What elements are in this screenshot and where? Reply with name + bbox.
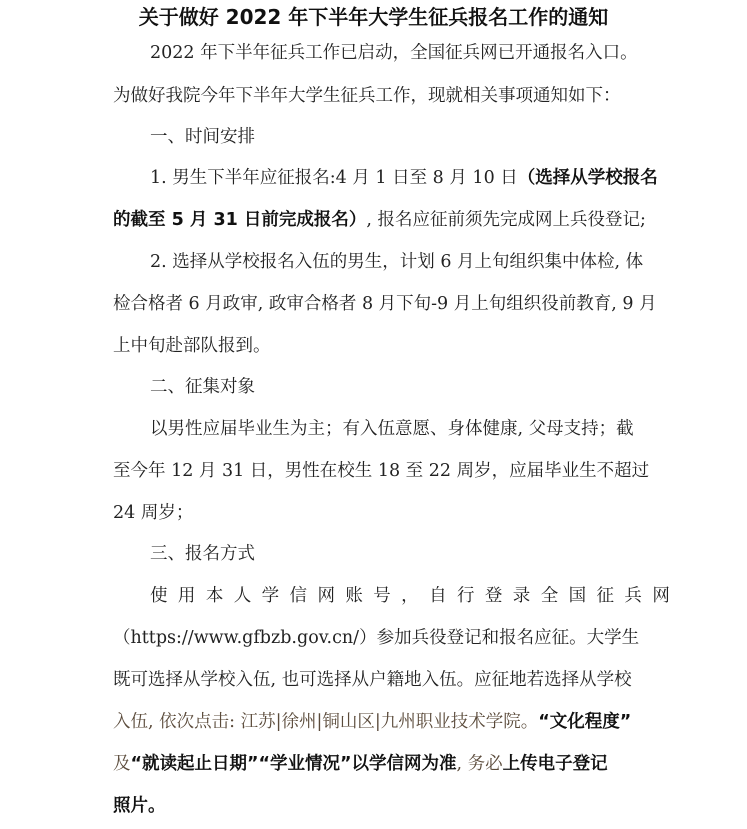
targets-line-2: 至今年 12 月 31 日，男性在校生 18 至 22 周岁，应届毕业生不超过 (113, 459, 673, 483)
method-upload-bold: 上传电子登记 (503, 754, 608, 774)
intro-line-1: 2022 年下半年征兵工作已启动，全国征兵网已开通报名入口。 (150, 41, 670, 65)
char: 信 (290, 584, 308, 608)
schedule-item-1-note: , 报名应征前须先完成网上兵役登记; (366, 210, 646, 230)
char: 号 (373, 584, 391, 608)
schedule-item-1-line-2: 的截至 5 月 31 日前完成报名）, 报名应征前须先完成网上兵役登记; (113, 208, 673, 232)
char: 国 (569, 584, 587, 608)
targets-line-1: 以男性应届毕业生为主；有入伍意愿、身体健康, 父母支持；截 (150, 417, 670, 441)
char: 自 (429, 584, 447, 608)
char: 网 (317, 584, 335, 608)
char: ， (401, 584, 419, 608)
method-must-text: , 务必 (457, 754, 503, 774)
document-title: 关于做好 2022 年下半年大学生征兵报名工作的通知 (0, 2, 747, 32)
char: 录 (513, 584, 531, 608)
char: 兵 (624, 584, 642, 608)
method-line-5: 及“就读起止日期”“学业情况”以学信网为准, 务必上传电子登记 (113, 752, 673, 776)
schedule-item-1-bold: （选择从学校报名 (518, 168, 658, 188)
char: 征 (597, 584, 615, 608)
char: 账 (345, 584, 363, 608)
char: 本 (206, 584, 224, 608)
schedule-item-2-line-2: 检合格者 6 月政审, 政审合格者 8 月下旬-9 月上旬组织役前教育, 9 月 (113, 292, 673, 316)
schedule-item-1-deadline: 的截至 5 月 31 日前完成报名） (113, 210, 366, 230)
char: 行 (457, 584, 475, 608)
schedule-item-1-text: 1. 男生下半年应征报名:4 月 1 日至 8 月 10 日 (150, 168, 518, 188)
char: 人 (234, 584, 252, 608)
schedule-item-1-line-1: 1. 男生下半年应征报名:4 月 1 日至 8 月 10 日（选择从学校报名 (150, 166, 670, 190)
intro-line-2: 为做好我院今年下半年大学生征兵工作，现就相关事项通知如下： (113, 84, 673, 108)
section-heading-method: 三、报名方式 (150, 542, 670, 566)
method-dates-bold: “就读起止日期”“学业情况”以学信网为准 (131, 754, 457, 774)
method-education-bold: “文化程度” (538, 712, 631, 732)
method-photo-bold: 照片。 (113, 796, 166, 816)
char: 学 (262, 584, 280, 608)
method-line-4: 入伍, 依次点击: 江苏|徐州|铜山区|九州职业技术学院。“文化程度” (113, 710, 673, 734)
char: 使 (150, 584, 168, 608)
char: 全 (541, 584, 559, 608)
method-path-text: 入伍, 依次点击: 江苏|徐州|铜山区|九州职业技术学院。 (113, 712, 538, 732)
document-page: 关于做好 2022 年下半年大学生征兵报名工作的通知 2022 年下半年征兵工作… (0, 0, 747, 829)
section-heading-schedule: 一、时间安排 (150, 125, 670, 149)
char: 网 (652, 584, 670, 608)
schedule-item-2-line-1: 2. 选择从学校报名入伍的男生，计划 6 月上旬组织集中体检, 体 (150, 250, 670, 274)
char: 用 (178, 584, 196, 608)
char: 登 (485, 584, 503, 608)
schedule-item-2-line-3: 上中旬赴部队报到。 (113, 334, 673, 358)
method-line-6: 照片。 (113, 794, 673, 818)
method-line-1: 使 用 本 人 学 信 网 账 号 ， 自 行 登 录 全 国 征 兵 网 (150, 584, 670, 608)
method-line-2[interactable]: （https://www.gfbzb.gov.cn/）参加兵役登记和报名应征。大… (113, 626, 673, 650)
method-and-text: 及 (113, 754, 131, 774)
targets-line-3: 24 周岁； (113, 501, 673, 525)
section-heading-targets: 二、征集对象 (150, 375, 670, 399)
method-line-3: 既可选择从学校入伍, 也可选择从户籍地入伍。应征地若选择从学校 (113, 668, 673, 692)
